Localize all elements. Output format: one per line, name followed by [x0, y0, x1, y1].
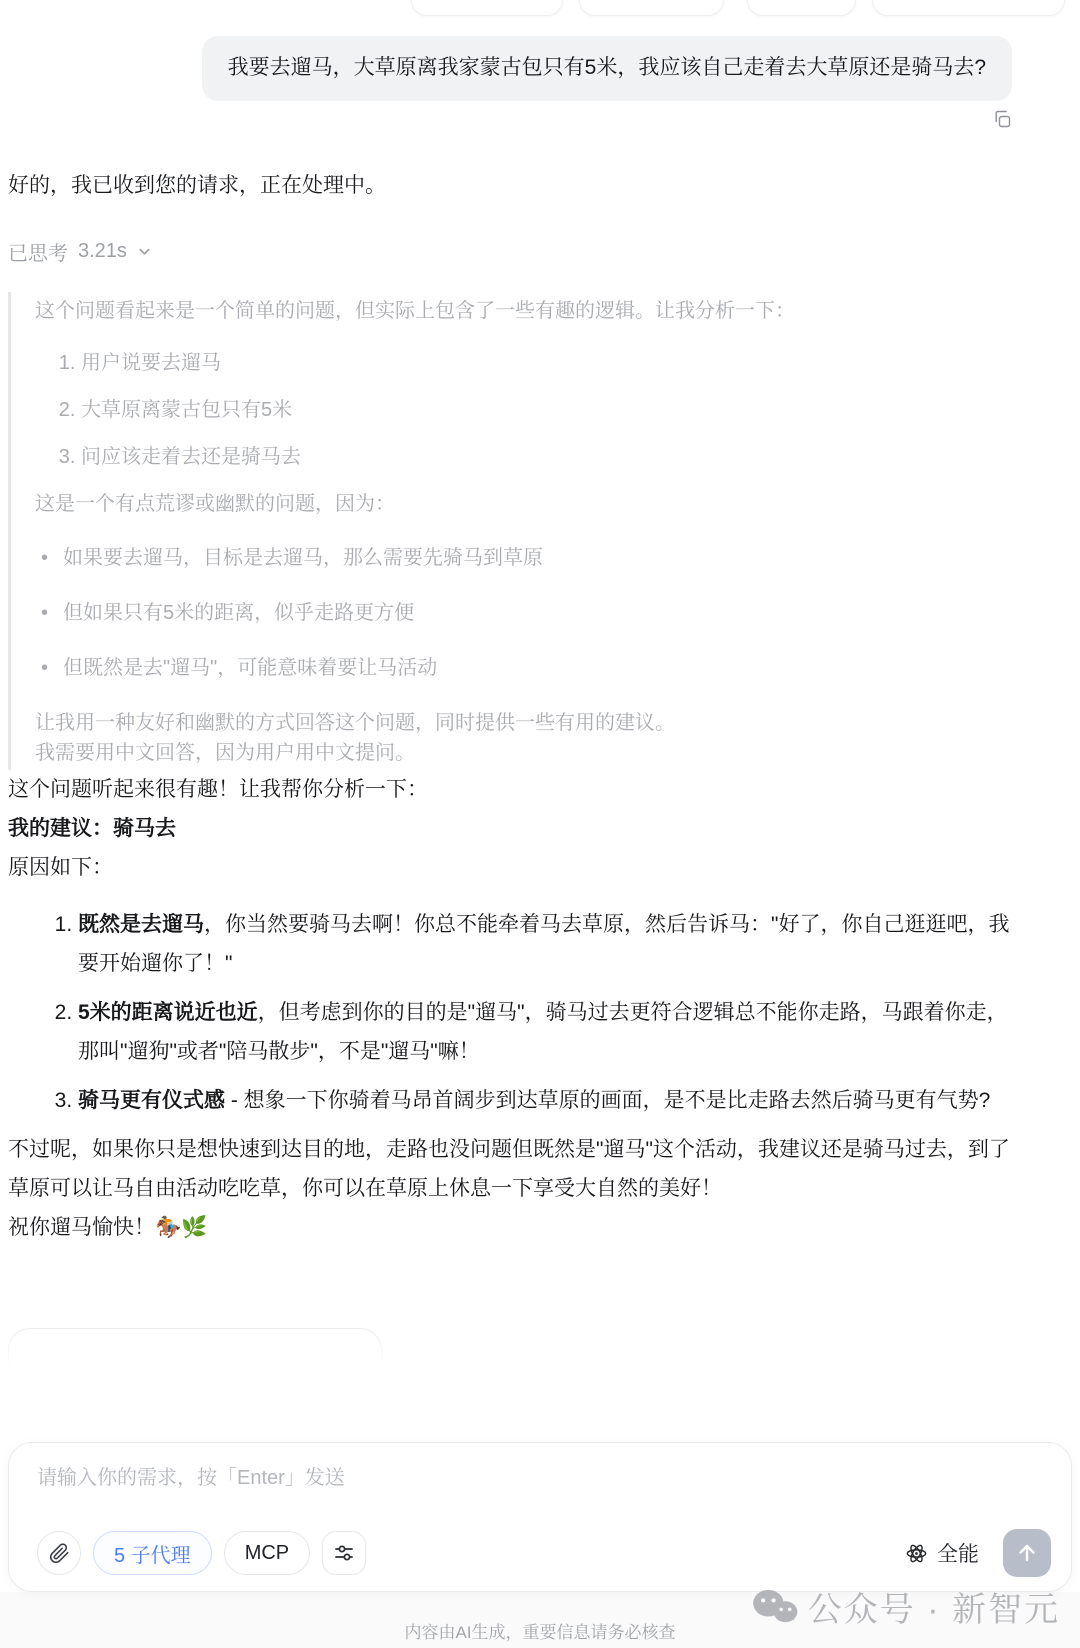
truncated-card — [8, 1328, 382, 1375]
composer-card: 5 子代理 MCP — [8, 1442, 1072, 1592]
answer-reasons-label: 原因如下： — [8, 848, 1012, 887]
subagents-label: 5 子代理 — [114, 1539, 191, 1568]
thinking-label: 已思考 — [8, 237, 68, 266]
subagents-button[interactable]: 5 子代理 — [93, 1531, 212, 1575]
reason-item: 既然是去遛马，你当然要骑马去啊！你总不能牵着马去草原，然后告诉马："好了，你自己… — [78, 905, 1012, 983]
answer-reason-list: 既然是去遛马，你当然要骑马去啊！你总不能牵着马去草原，然后告诉马："好了，你自己… — [8, 905, 1012, 1120]
answer-intro: 这个问题听起来很有趣！让我帮你分析一下： — [8, 770, 1012, 809]
user-message-text: 我要去遛马，大草原离我家蒙古包只有5米，我应该自己走着去大草原还是骑马去? — [228, 56, 986, 79]
chevron-down-icon — [137, 244, 152, 259]
reason-text: - 想象一下你骑着马昂首阔步到达草原的画面，是不是比走路去然后骑马更有气势? — [225, 1089, 990, 1112]
assistant-ack-text: 好的，我已收到您的请求，正在处理中。 — [8, 170, 1012, 202]
message-actions — [8, 109, 1012, 132]
thinking-para: 这是一个有点荒谬或幽默的问题，因为： — [35, 489, 1012, 519]
thinking-numbered-list: 用户说要去遛马 大草原离蒙古包只有5米 问应该走着去还是骑马去 — [35, 348, 1012, 472]
thinking-list-item: 问应该走着去还是骑马去 — [81, 442, 1012, 472]
thinking-list-item: 大草原离蒙古包只有5米 — [81, 395, 1012, 425]
atom-icon — [905, 1542, 928, 1565]
message-input[interactable] — [37, 1461, 1051, 1495]
reason-text: ，你当然要骑马去啊！你总不能牵着马去草原，然后告诉马："好了，你自己逛逛吧，我要… — [78, 913, 1009, 975]
settings-sliders-button[interactable] — [322, 1531, 366, 1575]
reason-item: 骑马更有仪式感 - 想象一下你骑着马昂首阔步到达草原的画面，是不是比走路去然后骑… — [78, 1081, 1012, 1120]
watermark-text: 公众号 · 新智元 — [808, 1582, 1060, 1631]
thinking-bullet-list: 如果要去遛马，目标是去遛马，那么需要先骑马到草原 但如果只有5米的距离，似乎走路… — [35, 543, 1012, 683]
watermark: 公众号 · 新智元 — [752, 1582, 1060, 1631]
paperclip-icon — [49, 1543, 70, 1564]
thinking-duration: 3.21s — [78, 240, 127, 263]
thinking-para: 我需要用中文回答，因为用户用中文提问。 — [35, 738, 1012, 768]
toolbar-right: 全能 — [899, 1529, 1051, 1577]
mode-label: 全能 — [937, 1538, 979, 1568]
copy-button[interactable] — [992, 109, 1012, 132]
composer-toolbar: 5 子代理 MCP — [37, 1529, 1051, 1577]
answer-farewell: 祝你遛马愉快！🏇🌿 — [8, 1208, 1012, 1247]
answer-closing: 不过呢，如果你只是想快速到达目的地，走路也没问题但既然是"遛马"这个活动，我建议… — [8, 1130, 1012, 1208]
top-pill-button-2[interactable] — [579, 0, 724, 16]
chat-page: 我要去遛马，大草原离我家蒙古包只有5米，我应该自己走着去大草原还是骑马去? 好的… — [0, 0, 1080, 1648]
top-pill-button-4[interactable] — [872, 0, 1065, 16]
attach-button[interactable] — [37, 1531, 81, 1575]
conversation: 我要去遛马，大草原离我家蒙古包只有5米，我应该自己走着去大草原还是骑马去? 好的… — [8, 36, 1012, 1247]
mcp-label: MCP — [245, 1542, 289, 1565]
thinking-content: 这个问题看起来是一个简单的问题，但实际上包含了一些有趣的逻辑。让我分析一下： 用… — [8, 292, 1012, 770]
top-pill-button-1[interactable] — [411, 0, 563, 16]
mcp-button[interactable]: MCP — [224, 1531, 310, 1575]
reason-item: 5米的距离说近也近，但考虑到你的目的是"遛马"，骑马过去更符合逻辑总不能你走路，… — [78, 993, 1012, 1071]
send-button[interactable] — [1003, 1529, 1051, 1577]
thinking-para: 让我用一种友好和幽默的方式回答这个问题，同时提供一些有用的建议。 — [35, 708, 1012, 738]
mode-selector[interactable]: 全能 — [899, 1537, 985, 1569]
sliders-icon — [333, 1542, 355, 1564]
thinking-toggle[interactable]: 已思考 3.21s — [8, 237, 152, 266]
arrow-up-icon — [1015, 1541, 1039, 1565]
thinking-bullet-item: 但如果只有5米的距离，似乎走路更方便 — [63, 598, 1012, 628]
thinking-intro: 这个问题看起来是一个简单的问题，但实际上包含了一些有趣的逻辑。让我分析一下： — [35, 296, 1012, 326]
copy-icon — [992, 109, 1012, 132]
assistant-answer: 这个问题听起来很有趣！让我帮你分析一下： 我的建议：骑马去 原因如下： 既然是去… — [8, 770, 1012, 1247]
thinking-bullet-item: 如果要去遛马，目标是去遛马，那么需要先骑马到草原 — [63, 543, 1012, 573]
wechat-icon — [752, 1588, 798, 1626]
answer-recommendation: 我的建议：骑马去 — [8, 809, 1012, 848]
thinking-bullet-item: 但既然是去"遛马"，可能意味着要让马活动 — [63, 653, 1012, 683]
reason-bold: 骑马更有仪式感 — [78, 1089, 225, 1112]
thinking-list-item: 用户说要去遛马 — [81, 348, 1012, 378]
reason-bold: 既然是去遛马 — [78, 913, 204, 936]
user-message-bubble: 我要去遛马，大草原离我家蒙古包只有5米，我应该自己走着去大草原还是骑马去? — [202, 36, 1012, 101]
reason-bold: 5米的距离说近也近 — [78, 1001, 258, 1024]
top-pill-button-3[interactable] — [747, 0, 856, 16]
